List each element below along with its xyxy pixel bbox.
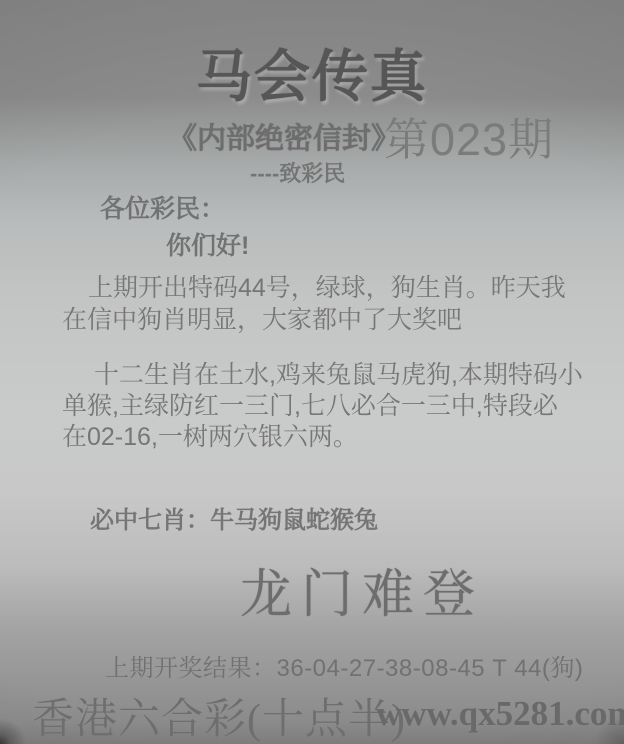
issue-number: 第023期 xyxy=(384,103,554,168)
text-line: 上期开出特码44号，绿球，狗生肖。昨天我 xyxy=(62,272,566,304)
last-draw-result: 上期开奖结果：36-04-27-38-08-45 T 44(狗) xyxy=(105,648,583,683)
dedication-line: ----致彩民 xyxy=(250,157,345,188)
greeting-line: 你们好! xyxy=(166,226,249,262)
text-line: 单猴,主绿防红一三门,七八必合一三中,特段必 xyxy=(62,391,583,422)
fax-document: 马会传真 《内部绝密信封》 第023期 ----致彩民 各位彩民： 你们好! 上… xyxy=(0,0,624,744)
page-title: 马会传真 xyxy=(0,33,624,113)
envelope-label: 《内部绝密信封》 xyxy=(168,116,400,157)
seven-zodiac-line: 必中七肖：牛马狗鼠蛇猴兔 xyxy=(90,500,378,535)
text-line: 十二生肖在土水,鸡来兔鼠马虎狗,本期特码小 xyxy=(62,360,583,391)
footer-url: www.qx5281.com xyxy=(376,694,624,734)
paragraph-current-tips: 十二生肖在土水,鸡来兔鼠马虎狗,本期特码小 单猴,主绿防红一三门,七八必合一三中… xyxy=(62,360,583,453)
slogan-text: 龙门难登 xyxy=(240,552,484,627)
paragraph-previous-draw: 上期开出特码44号，绿球，狗生肖。昨天我 在信中狗肖明显，大家都中了大奖吧 xyxy=(62,272,566,336)
text-line: 在信中狗肖明显，大家都中了大奖吧 xyxy=(62,304,566,336)
footer-brand: 香港六合彩(十点半) xyxy=(32,686,406,744)
text-line: 在02-16,一树两穴银六两。 xyxy=(62,422,583,453)
salutation-line: 各位彩民： xyxy=(100,189,225,225)
